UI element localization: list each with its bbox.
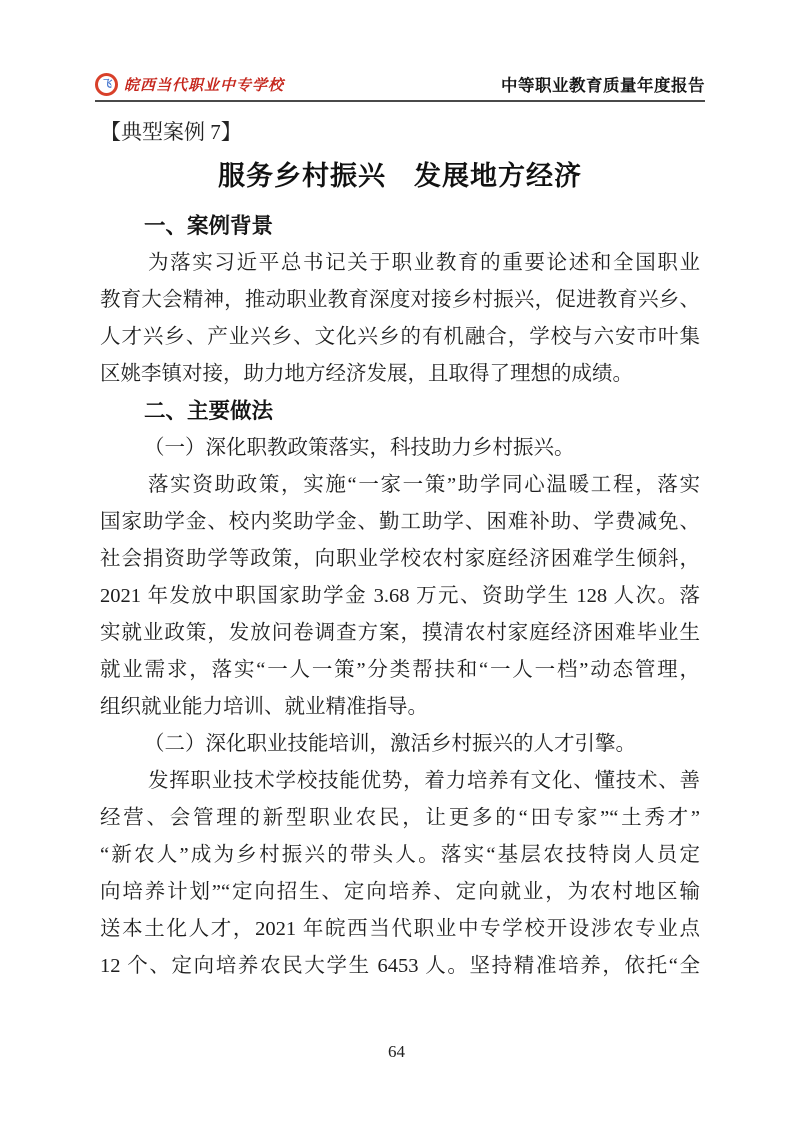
document-page: 飞 皖西当代职业中专学校 中等职业教育质量年度报告 【典型案例 7】 服务乡村振… — [0, 0, 793, 1122]
school-name: 皖西当代职业中专学校 — [124, 74, 284, 95]
subsection-heading: （二）深化职业技能培训，激活乡村振兴的人才引擎。 — [100, 726, 700, 763]
text-blocks: 一、案例背景为落实习近平总书记关于职业教育的重要论述和全国职业教育大会精神，推动… — [100, 208, 700, 985]
text-line: 为落实习近平总书记关于职业教育的重要论述和全国职业 — [100, 245, 700, 282]
text-line: 2021 年发放中职国家助学金 3.68 万元、资助学生 128 人次。落 — [100, 578, 700, 615]
school-seal-icon: 飞 — [95, 73, 118, 96]
text-line: 组织就业能力培训、就业精准指导。 — [100, 689, 700, 726]
text-line: 送本土化人才，2021 年皖西当代职业中专学校开设涉农专业点 — [100, 911, 700, 948]
document-content: 【典型案例 7】 服务乡村振兴 发展地方经济 一、案例背景为落实习近平总书记关于… — [100, 98, 700, 985]
text-line: 国家助学金、校内奖助学金、勤工助学、困难补助、学费减免、 — [100, 504, 700, 541]
text-line: 12 个、定向培养农民大学生 6453 人。坚持精准培养，依托“全 — [100, 948, 700, 985]
section-heading: 二、主要做法 — [100, 393, 700, 430]
paragraph: 落实资助政策，实施“一家一策”助学同心温暖工程，落实国家助学金、校内奖助学金、勤… — [100, 467, 700, 726]
section-heading: 一、案例背景 — [100, 208, 700, 245]
text-line: 落实资助政策，实施“一家一策”助学同心温暖工程，落实 — [100, 467, 700, 504]
page-header: 飞 皖西当代职业中专学校 中等职业教育质量年度报告 — [95, 60, 705, 102]
seal-glyph: 飞 — [101, 80, 113, 90]
text-line: “新农人”成为乡村振兴的带头人。落实“基层农技特岗人员定 — [100, 837, 700, 874]
paragraph: 发挥职业技术学校技能优势，着力培养有文化、懂技术、善经营、会管理的新型职业农民，… — [100, 763, 700, 985]
text-line: 人才兴乡、产业兴乡、文化兴乡的有机融合，学校与六安市叶集 — [100, 319, 700, 356]
text-line: 教育大会精神，推动职业教育深度对接乡村振兴，促进教育兴乡、 — [100, 282, 700, 319]
case-label: 【典型案例 7】 — [100, 119, 700, 145]
text-line: 社会捐资助学等政策，向职业学校农村家庭经济困难学生倾斜， — [100, 541, 700, 578]
school-brand: 飞 皖西当代职业中专学校 — [95, 73, 284, 96]
report-title: 中等职业教育质量年度报告 — [501, 72, 705, 96]
subsection-heading: （一）深化职教政策落实，科技助力乡村振兴。 — [100, 430, 700, 467]
text-line: 经营、会管理的新型职业农民，让更多的“田专家”“土秀才” — [100, 800, 700, 837]
paragraph: 为落实习近平总书记关于职业教育的重要论述和全国职业教育大会精神，推动职业教育深度… — [100, 245, 700, 393]
text-line: 区姚李镇对接，助力地方经济发展，且取得了理想的成绩。 — [100, 356, 700, 393]
text-line: 实就业政策，发放问卷调查方案，摸清农村家庭经济困难毕业生 — [100, 615, 700, 652]
page-title: 服务乡村振兴 发展地方经济 — [100, 155, 700, 197]
text-line: 就业需求，落实“一人一策”分类帮扶和“一人一档”动态管理， — [100, 652, 700, 689]
page-number: 64 — [0, 1042, 793, 1062]
text-line: 向培养计划”“定向招生、定向培养、定向就业，为农村地区输 — [100, 874, 700, 911]
text-line: 发挥职业技术学校技能优势，着力培养有文化、懂技术、善 — [100, 763, 700, 800]
